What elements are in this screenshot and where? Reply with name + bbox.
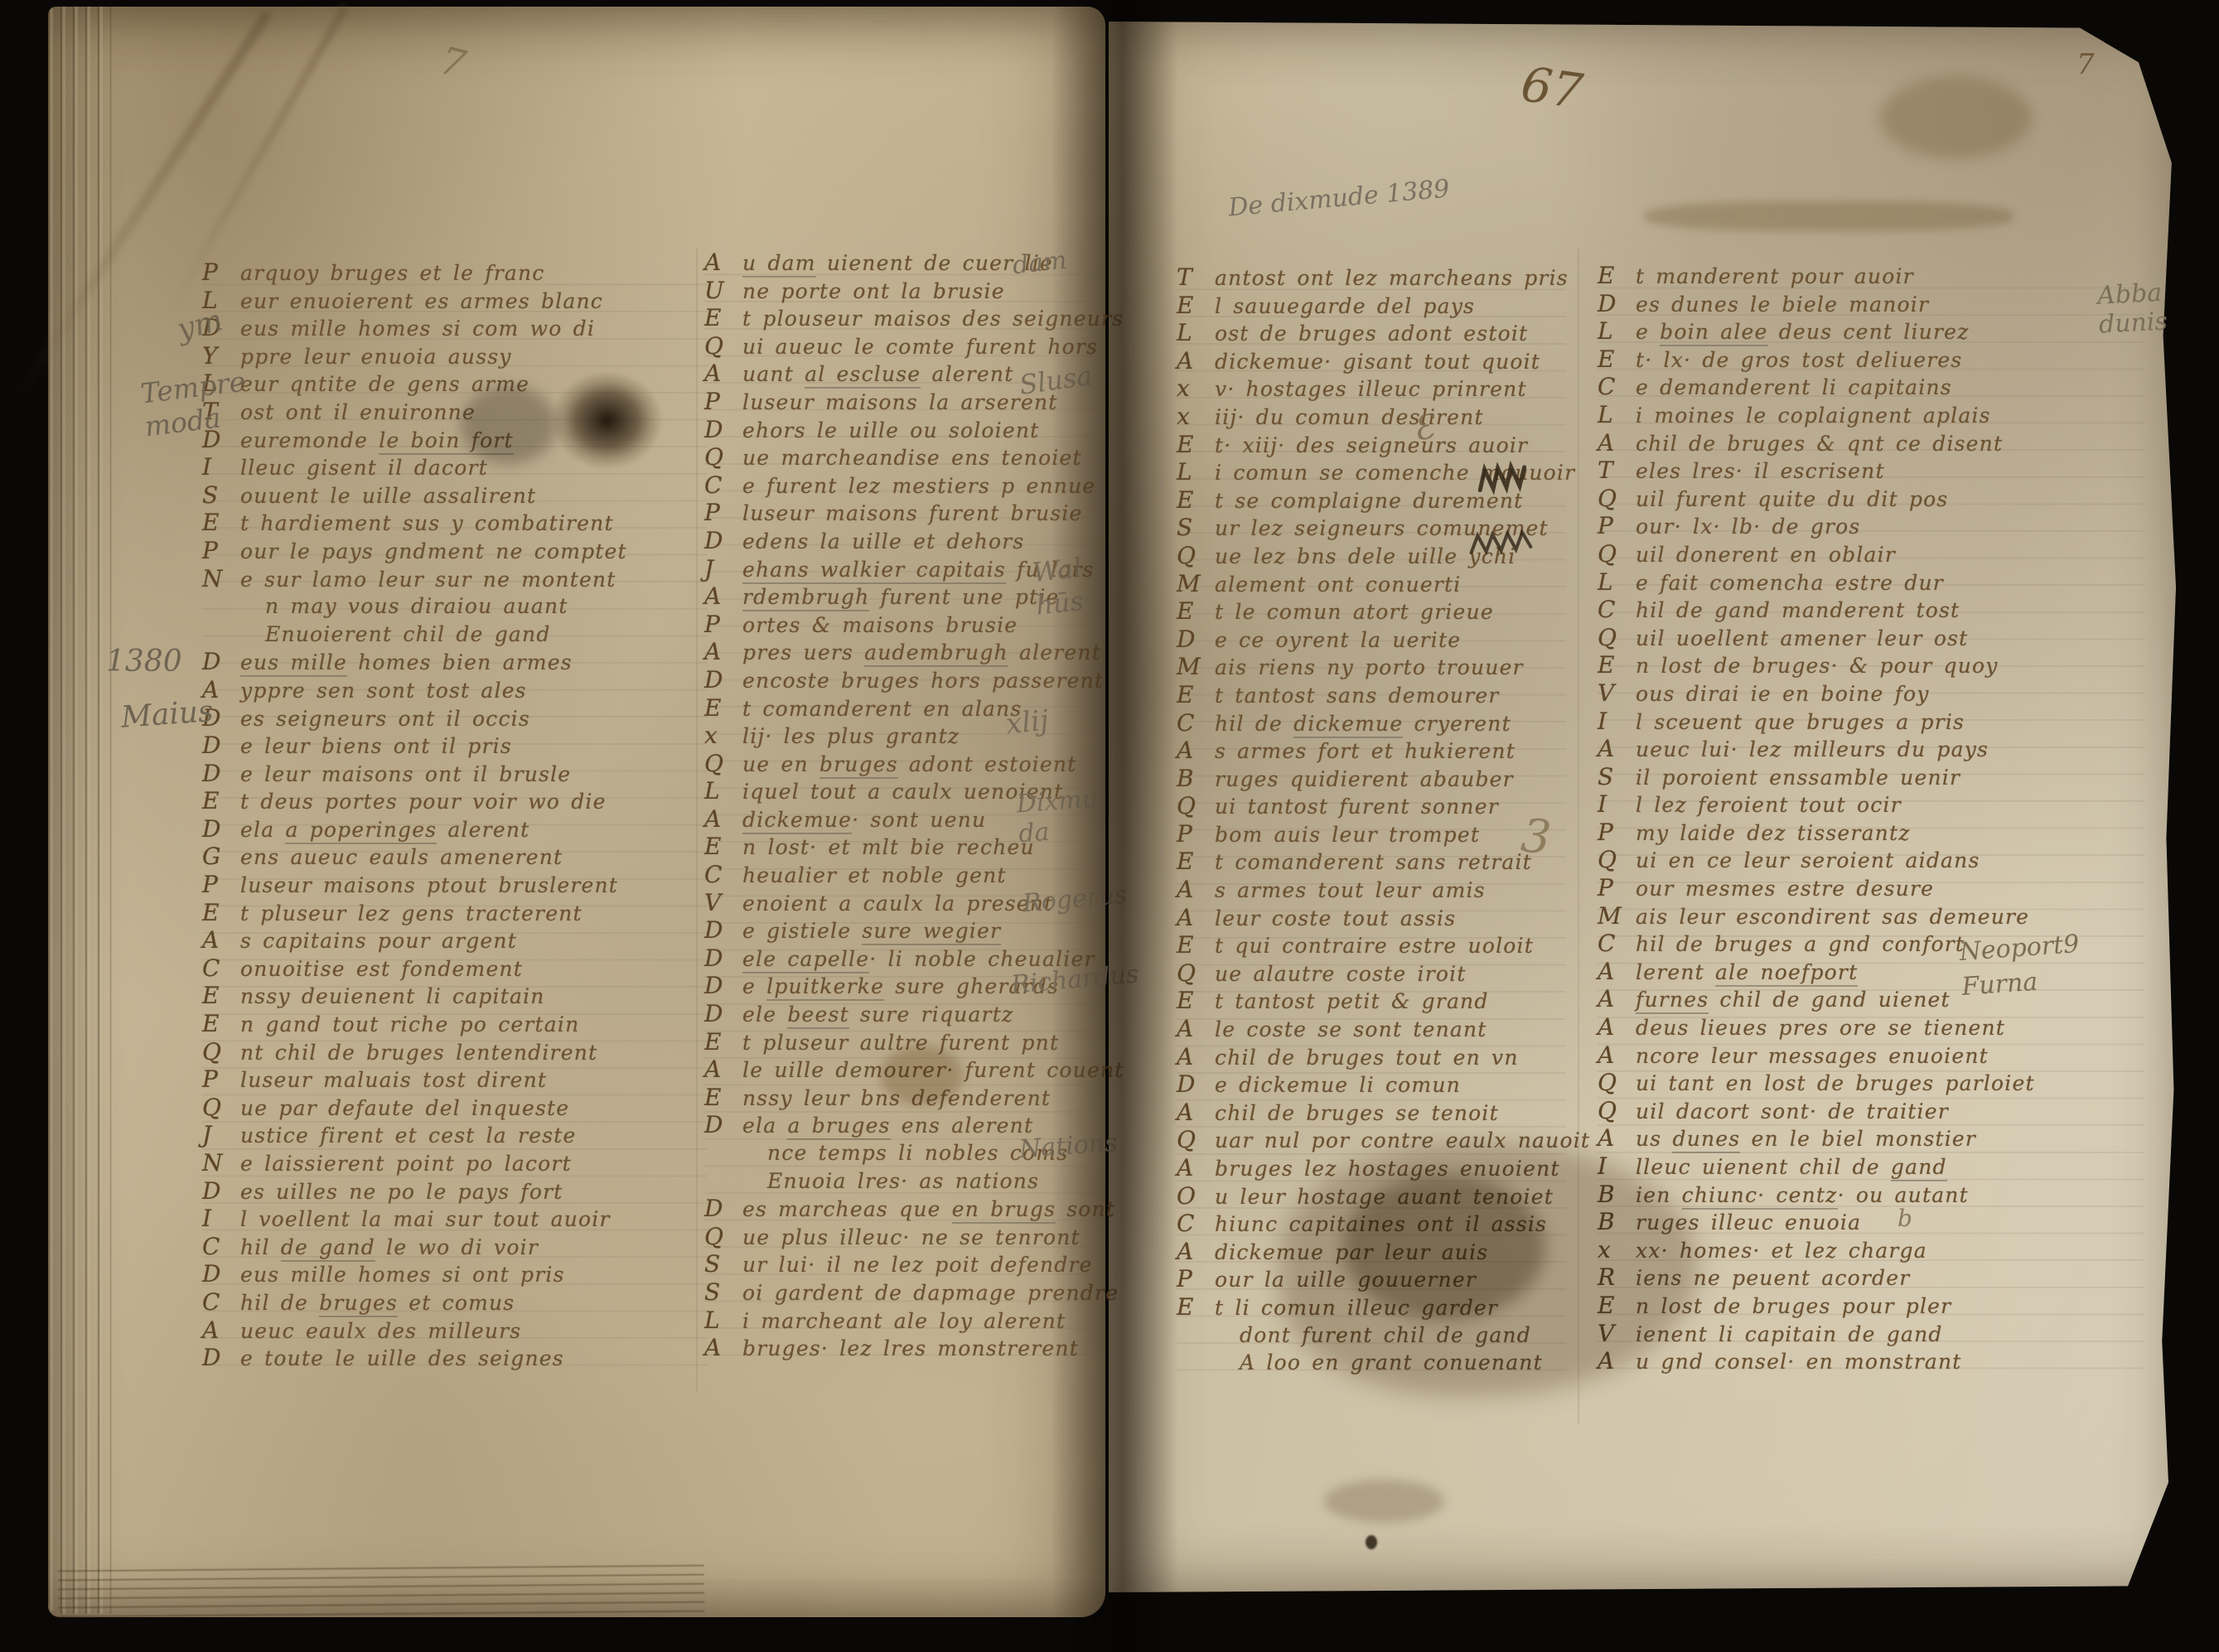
underlined-phrase: ele capelle <box>742 947 869 973</box>
verse-text: ue par defaute del inqueste <box>240 1096 569 1120</box>
verse-text: ueuc eaulx des milleurs <box>240 1319 521 1343</box>
verse-text: es dunes le biele manoir <box>1636 292 1929 316</box>
verse-text: n lost· et mlt bie recheu <box>742 835 1035 859</box>
verse-line: Adickemue par leur auis <box>1177 1238 1566 1266</box>
verse-line: Quil uoellent amener leur ost <box>1598 624 2144 652</box>
verse-line: Ale uille demourer· furent couent <box>704 1055 1094 1084</box>
verse-text: e dickemue li comun <box>1215 1073 1461 1097</box>
verse-text: es seigneurs ont il occis <box>240 707 530 731</box>
verse-text: n gand tout riche po certain <box>240 1012 579 1036</box>
verse-line: Mais riens ny porto trouuer <box>1177 653 1566 681</box>
initial-capital: A <box>1598 1041 1636 1070</box>
verse-text: chil de bruges se tenoit <box>1215 1101 1499 1125</box>
verse-text: l voellent la mai sur tout auoir <box>240 1207 611 1231</box>
initial-capital: M <box>1177 570 1215 598</box>
initial-capital: M <box>1177 653 1215 681</box>
initial-capital: L <box>1177 458 1215 486</box>
initial-capital: D <box>704 666 742 694</box>
initial-capital: T <box>1177 263 1215 292</box>
initial-capital: A <box>704 360 742 388</box>
verse-text: e gistiele sure wegier <box>742 919 1001 945</box>
verse-text: xx· homes· et lez charga <box>1636 1239 1927 1263</box>
verse-text: rdembrugh furent une ptie <box>742 585 1060 611</box>
verse-text: ue alautre coste iroit <box>1215 962 1467 986</box>
initial-capital: C <box>1177 1210 1215 1238</box>
initial-capital: A <box>1598 1013 1636 1041</box>
initial-capital: E <box>1177 987 1215 1015</box>
initial-capital: A <box>1177 876 1215 904</box>
page-edge-stack-bottom <box>58 1565 704 1619</box>
initial-capital: E <box>704 304 742 332</box>
verse-column-4: Et manderent pour auoirDes dunes le biel… <box>1598 262 2144 1377</box>
initial-capital: E <box>1598 651 1636 679</box>
underlined-phrase: bruges <box>819 752 898 779</box>
verse-text: our le pays gndment ne comptet <box>240 539 627 563</box>
underlined-phrase: beest <box>787 1002 848 1029</box>
margin-note-dam: dam <box>1011 246 1068 281</box>
verse-text: heualier et noble gent <box>742 863 1007 887</box>
initial-capital: A <box>1598 429 1636 457</box>
ink-scribble-icon <box>1467 524 1546 563</box>
initial-capital: M <box>1598 902 1636 930</box>
initial-capital: T <box>1598 456 1636 485</box>
verse-line: Des dunes le biele manoir <box>1598 290 2144 318</box>
verse-text: n lost de bruges pour pler <box>1636 1294 1951 1318</box>
verse-text: dickemue· sont uenu <box>742 808 986 834</box>
verse-text: hil de gand le wo di voir <box>240 1235 539 1262</box>
initial-capital: Q <box>1177 1126 1215 1154</box>
verse-line: n may vous diraiou auant <box>202 592 708 621</box>
verse-line: Et comanderent sans retrait <box>1177 848 1566 876</box>
initial-capital: D <box>1598 290 1636 318</box>
verse-line: Malement ont conuerti <box>1177 570 1566 598</box>
verse-text: uant al escluse alerent <box>742 362 1013 389</box>
verse-text: e laissierent point po lacort <box>240 1152 572 1176</box>
verse-line: Pluseur maluais tost dirent <box>202 1065 708 1094</box>
verse-line: Illeuc uienent chil de gand <box>1598 1152 2144 1181</box>
verse-line: Leur enuoierent es armes blanc <box>202 287 708 315</box>
verse-line: Illeuc gisent il dacort <box>202 453 708 481</box>
initial-capital: C <box>704 861 742 889</box>
page-number: 7 <box>2076 48 2095 81</box>
verse-text: ehors le uille ou soloient <box>742 418 1039 442</box>
verse-line: Tost ont il enuironne <box>202 398 708 426</box>
initial-capital: S <box>1177 514 1215 542</box>
underlined-phrase: lpuitkerke <box>766 974 884 1001</box>
initial-capital: D <box>202 1177 240 1205</box>
verse-line: Ce demanderent li capitains <box>1598 373 2144 401</box>
initial-capital: B <box>1598 1181 1636 1209</box>
margin-note-abba-dunis: Abba dunis <box>2096 275 2219 340</box>
verse-line: Bien chiunc· centz· ou autant <box>1598 1181 2144 1209</box>
verse-text: ost ont il enuironne <box>240 400 476 424</box>
verse-text: our· lx· lb· de gros <box>1636 514 1860 539</box>
verse-text: uar nul por contre eaulx nauoit <box>1215 1128 1590 1152</box>
verse-line: Pour mesmes estre desure <box>1598 874 2144 902</box>
underlined-phrase: dickemue <box>742 808 852 834</box>
verse-line: Aus dunes en le biel monstier <box>1598 1124 2144 1152</box>
verse-line: Enuoierent chil de gand <box>202 621 708 649</box>
verse-line: De toute le uille des seignes <box>202 1344 708 1372</box>
verse-line: De dickemue li comun <box>1177 1070 1566 1099</box>
verse-line: Leur qntite de gens arme <box>202 370 708 398</box>
initial-capital: A <box>1177 1238 1215 1266</box>
verse-line: Abruges lez hostages enuoient <box>1177 1154 1566 1182</box>
initial-capital: Q <box>202 1094 240 1122</box>
verse-text: t deus portes pour voir wo die <box>240 790 607 814</box>
initial-capital: Q <box>202 1038 240 1066</box>
verse-line: Quil dacort sont· de traitier <box>1598 1097 2144 1125</box>
verse-text: dickemue· gisant tout quoit <box>1215 350 1540 374</box>
verse-text: ela a poperinges alerent <box>240 818 529 844</box>
verse-text: uil uoellent amener leur ost <box>1636 626 1968 650</box>
initial-capital: P <box>202 258 240 287</box>
verse-text: e ce oyrent la uerite <box>1215 628 1461 652</box>
verse-line: Et tantost sans demourer <box>1177 681 1566 709</box>
initial-capital: A <box>1177 1154 1215 1182</box>
underlined-phrase: dickemue <box>1293 712 1403 738</box>
initial-capital: A <box>1177 1015 1215 1043</box>
verse-line: Sur lui· il ne lez poit defendre <box>704 1250 1094 1278</box>
verse-line: Ayppre sen sont tost ales <box>202 676 708 704</box>
verse-line: Il voellent la mai sur tout auoir <box>202 1205 708 1233</box>
initial-capital: I <box>202 1205 240 1233</box>
verse-text: ruges quidierent abauber <box>1215 767 1514 791</box>
verse-line: Qui tant en lost de bruges parloiet <box>1598 1069 2144 1097</box>
initial-capital: C <box>202 1233 240 1261</box>
verse-line: Deus mille homes si com wo di <box>202 314 708 342</box>
initial-capital: D <box>704 527 742 555</box>
initial-capital: L <box>704 777 742 805</box>
verse-text: nt chil de bruges lentendirent <box>240 1041 597 1065</box>
underlined-phrase: furnes <box>1636 988 1709 1014</box>
verse-text: yppre sen sont tost ales <box>240 679 527 703</box>
initial-capital: V <box>704 889 742 917</box>
initial-capital: D <box>202 1344 240 1372</box>
verse-line: Et tantost petit & grand <box>1177 987 1566 1015</box>
verse-line: Pluseur maisons furent brusie <box>704 499 1094 527</box>
verse-line: Pluseur maisons ptout bruslerent <box>202 871 708 899</box>
verse-line: Qnt chil de bruges lentendirent <box>202 1038 708 1066</box>
verse-text: luseur maluais tost dirent <box>240 1068 547 1092</box>
verse-line: Aueuc lui· lez milleurs du pays <box>1598 735 2144 763</box>
initial-capital: D <box>704 944 742 973</box>
verse-text: ais leur escondirent sas demeure <box>1636 905 2029 929</box>
initial-capital: S <box>202 481 240 510</box>
initial-capital: I <box>1598 790 1636 819</box>
initial-capital: Q <box>704 443 742 471</box>
initial-capital: C <box>1598 373 1636 401</box>
initial-capital: P <box>704 499 742 527</box>
initial-capital: A <box>1177 904 1215 932</box>
verse-line: Que plus illeuc· ne se tenront <box>704 1223 1094 1251</box>
verse-text: luseur maisons la arserent <box>742 390 1058 414</box>
verse-text: u gnd consel· en monstrant <box>1636 1350 1962 1374</box>
verse-text: pres uers audembrugh alerent <box>742 640 1101 667</box>
initial-capital: D <box>1177 626 1215 654</box>
verse-text: u leur hostage auant tenoiet <box>1215 1185 1554 1209</box>
verse-line: Pour le pays gndment ne comptet <box>202 537 708 565</box>
verse-line: Achil de bruges tout en vn <box>1177 1043 1566 1071</box>
verse-text: leur coste tout assis <box>1215 906 1456 930</box>
verse-text: es marcheas que en brugs sont <box>742 1197 1115 1224</box>
underlined-phrase: gand <box>1891 1155 1947 1181</box>
initial-capital: E <box>202 899 240 927</box>
verse-line: Cheualier et noble gent <box>704 861 1094 889</box>
verse-text: eur enuoierent es armes blanc <box>240 289 603 313</box>
initial-capital: A <box>704 1334 742 1362</box>
verse-text: u dam uienent de cuer lie <box>742 251 1053 278</box>
initial-capital: I <box>202 453 240 481</box>
verse-text: antost ont lez marcheans pris <box>1215 266 1569 290</box>
underlined-phrase: audembrugh <box>864 640 1008 667</box>
initial-capital: x <box>1177 403 1215 431</box>
verse-line: Lost de bruges adont estoit <box>1177 319 1566 347</box>
verse-line: Et manderent pour auoir <box>1598 262 2144 290</box>
verse-text: hil de gand manderent tost <box>1636 598 1960 622</box>
verse-text: v· hostages illeuc prinrent <box>1215 377 1527 401</box>
initial-capital: A <box>202 1316 240 1345</box>
initial-capital: P <box>1598 512 1636 540</box>
verse-text: furnes chil de gand uienet <box>1636 988 1951 1014</box>
initial-capital: Q <box>1598 624 1636 652</box>
verse-line: Apres uers audembrugh alerent <box>704 638 1094 666</box>
verse-line: Que par defaute del inqueste <box>202 1094 708 1122</box>
verse-line: Le fait comencha estre dur <box>1598 568 2144 597</box>
verse-text: A loo en grant conuenant <box>1240 1350 1543 1374</box>
initial-capital: S <box>704 1278 742 1307</box>
verse-line: Portes & maisons brusie <box>704 611 1094 639</box>
initial-capital: C <box>1598 930 1636 958</box>
initial-capital: D <box>704 916 742 944</box>
verse-line: Deuremonde le boin fort <box>202 426 708 454</box>
verse-text: chil de bruges tout en vn <box>1215 1046 1519 1070</box>
initial-capital: Q <box>1598 540 1636 568</box>
verse-line: Achil de bruges se tenoit <box>1177 1099 1566 1127</box>
initial-capital: Q <box>1598 1069 1636 1097</box>
verse-text: lleuc gisent il dacort <box>240 456 488 480</box>
verse-text: our mesmes estre desure <box>1636 877 1934 901</box>
verse-text: lij· les plus grantz <box>742 724 960 748</box>
verse-text: hil de bruges et comus <box>240 1291 515 1317</box>
verse-text: uil furent quite du dit pos <box>1636 487 1948 511</box>
verse-line: dont furent chil de gand <box>1177 1321 1566 1350</box>
verse-text: luseur maisons ptout bruslerent <box>240 873 618 897</box>
verse-text: ous dirai ie en boine foy <box>1636 682 1930 706</box>
initial-capital: D <box>202 648 240 676</box>
verse-text: e leur biens ont il pris <box>240 734 512 758</box>
verse-text: hil de bruges a gnd confort <box>1636 932 1965 956</box>
margin-note-dixmuda: Dixmu da <box>1016 785 1101 850</box>
initial-capital: D <box>202 760 240 788</box>
initial-capital: E <box>1177 431 1215 459</box>
verse-text: enoient a caulx la present <box>742 891 1053 915</box>
verse-text: ueuc lui· lez milleurs du pays <box>1636 737 1989 761</box>
initial-capital: A <box>1177 1099 1215 1127</box>
verse-text: s armes tout leur amis <box>1215 878 1486 902</box>
verse-text: chil de bruges & qnt ce disent <box>1636 432 2003 456</box>
verse-text: edens la uille et dehors <box>742 529 1024 553</box>
verse-line: Conuoitise est fondement <box>202 954 708 983</box>
underlined-phrase: de gand <box>281 1235 375 1262</box>
initial-capital: Q <box>704 750 742 778</box>
initial-capital: P <box>202 1065 240 1094</box>
initial-capital: J <box>202 1121 240 1149</box>
initial-capital: A <box>704 805 742 833</box>
verse-line: Dencoste bruges hors passerent <box>704 666 1094 694</box>
verse-text: bruges lez hostages enuoient <box>1215 1157 1560 1181</box>
verse-line: Dehors le uille ou soloient <box>704 416 1094 444</box>
verse-line: Abruges· lez lres monstrerent <box>704 1334 1094 1362</box>
verse-line: Vous dirai ie en boine foy <box>1598 679 2144 708</box>
pencil-rule-line <box>1578 249 1579 1425</box>
verse-line: xv· hostages illeuc prinrent <box>1177 374 1566 403</box>
initial-capital: P <box>1598 874 1636 902</box>
underlined-phrase: al escluse <box>805 362 921 389</box>
underlined-phrase: a poperinges <box>285 818 437 844</box>
underlined-phrase: le boin fort <box>379 428 514 455</box>
initial-capital: D <box>704 1111 742 1139</box>
verse-text: our la uille gouuerner <box>1215 1268 1477 1292</box>
verse-text: oi gardent de dapmage prendre <box>742 1281 1119 1305</box>
verse-text: alement ont conuerti <box>1215 572 1461 597</box>
verse-line: Ce furent lez mestiers p ennue <box>704 471 1094 500</box>
initial-capital: V <box>1598 679 1636 708</box>
verse-text: ele beest sure riquartz <box>742 1002 1013 1029</box>
initial-capital: L <box>1598 568 1636 597</box>
initial-capital: E <box>704 1028 742 1056</box>
initial-capital: E <box>202 1010 240 1038</box>
initial-capital: P <box>202 537 240 565</box>
verse-text: l sauuegarde del pays <box>1215 294 1475 318</box>
initial-capital: P <box>1598 819 1636 847</box>
verse-line: Li marcheant ale loy alerent <box>704 1307 1094 1335</box>
underlined-phrase: bruges <box>319 1291 398 1317</box>
verse-text: t hardiement sus y combatirent <box>240 511 614 535</box>
verse-text: ens aueuc eauls amenerent <box>240 845 563 869</box>
verse-line: Une porte ont la brusie <box>704 277 1094 305</box>
initial-capital: A <box>1598 1124 1636 1152</box>
initial-capital: E <box>704 833 742 861</box>
underlined-phrase: rdembrugh <box>742 585 869 611</box>
initial-capital: D <box>1177 1070 1215 1099</box>
verse-line: As armes fort et hukierent <box>1177 737 1566 765</box>
underlined-phrase: boin alee <box>1660 320 1767 346</box>
initial-capital: x <box>704 722 742 750</box>
verse-text: e demanderent li capitains <box>1636 375 1952 399</box>
initial-capital: G <box>202 843 240 871</box>
verse-text: deus lieues pres ore se tienent <box>1636 1016 2005 1040</box>
verse-line: Yppre leur enuoia aussy <box>202 342 708 370</box>
initial-capital: E <box>1598 345 1636 374</box>
verse-text: eus mille homes bien armes <box>240 650 573 677</box>
initial-capital: L <box>704 1307 742 1335</box>
verse-line: xxx· homes· et lez charga <box>1598 1236 2144 1264</box>
initial-capital: D <box>704 1000 742 1028</box>
initial-capital: E <box>1598 1292 1636 1320</box>
verse-text: ur lui· il ne lez poit defendre <box>742 1253 1093 1277</box>
verse-text: ortes & maisons brusie <box>742 613 1018 637</box>
verse-line: Quil donerent en oblair <box>1598 540 2144 568</box>
initial-capital: E <box>1177 848 1215 876</box>
verse-line: Quil furent quite du dit pos <box>1598 485 2144 513</box>
verse-text: us dunes en le biel monstier <box>1636 1127 1976 1153</box>
verse-line: As capitains pour argent <box>202 926 708 954</box>
verse-line: Sil poroient enssamble uenir <box>1598 763 2144 791</box>
initial-capital: P <box>1177 820 1215 848</box>
verse-line: Qui aueuc le comte furent hors <box>704 332 1094 360</box>
verse-line: De leur maisons ont il brusle <box>202 760 708 788</box>
initial-capital: E <box>704 1084 742 1112</box>
initial-capital: Q <box>1177 542 1215 570</box>
verse-text: t tantost sans demourer <box>1215 684 1500 708</box>
underlined-phrase: a bruges <box>787 1113 890 1140</box>
verse-text: ienent li capitain de gand <box>1636 1322 1943 1346</box>
verse-text: my laide dez tisserantz <box>1636 821 1911 845</box>
verse-text: t pluseur lez gens tracterent <box>240 901 583 925</box>
verse-line: Que en bruges adont estoient <box>704 750 1094 778</box>
verse-line: Aleur coste tout assis <box>1177 904 1566 932</box>
verse-text: e boin alee deus cent liurez <box>1636 320 1969 346</box>
initial-capital: V <box>1598 1320 1636 1348</box>
verse-text: e leur maisons ont il brusle <box>240 762 571 786</box>
verse-text: ui en ce leur seroient aidans <box>1636 848 1980 872</box>
initial-capital: Q <box>1598 485 1636 513</box>
verse-line: En gand tout riche po certain <box>202 1010 708 1038</box>
verse-text: le uille demourer· furent couent <box>742 1058 1124 1082</box>
verse-line: Dela a poperinges alerent <box>202 815 708 843</box>
verse-line: Quar nul por contre eaulx nauoit <box>1177 1126 1566 1154</box>
verse-text: dont furent chil de gand <box>1240 1323 1531 1347</box>
initial-capital: E <box>1177 1293 1215 1321</box>
verse-text: ustice firent et cest la reste <box>240 1123 576 1147</box>
initial-capital: A <box>1598 958 1636 986</box>
verse-text: uil dacort sont· de traitier <box>1636 1099 1949 1123</box>
verse-line: Li moines le coplaignent aplais <box>1598 401 2144 429</box>
initial-capital: N <box>202 565 240 593</box>
initial-capital: A <box>1598 1347 1636 1375</box>
margin-note-tempre-moda: Tempre moda <box>139 365 252 444</box>
verse-text: ue en bruges adont estoient <box>742 752 1076 779</box>
verse-line: Qui en ce leur seroient aidans <box>1598 846 2144 874</box>
initial-capital: E <box>1177 486 1215 514</box>
verse-text: onuoitise est fondement <box>240 957 523 981</box>
verse-line: Ancore leur messages enuoient <box>1598 1041 2144 1070</box>
margin-note-month: Maius <box>120 694 215 735</box>
verse-text: t comanderent sans retrait <box>1215 850 1532 874</box>
verse-text: t tantost petit & grand <box>1215 989 1489 1013</box>
verse-line: Justice firent et cest la reste <box>202 1121 708 1149</box>
verse-line: Que marcheandise ens tenoiet <box>704 443 1094 471</box>
verse-line: Souuent le uille assalirent <box>202 481 708 510</box>
verse-line: De gistiele sure wegier <box>704 916 1094 944</box>
initial-capital: E <box>202 509 240 537</box>
underlined-phrase: u dam <box>742 251 816 278</box>
underlined-phrase: eus mille <box>240 650 347 677</box>
initial-capital: E <box>1177 931 1215 959</box>
initial-capital: P <box>704 611 742 639</box>
margin-note-b: b <box>1898 1205 1912 1232</box>
verse-text: e fait comencha estre dur <box>1636 571 1944 595</box>
initial-capital: C <box>202 1288 240 1316</box>
verse-text: e sur lamo leur sur ne montent <box>240 568 616 592</box>
verse-line: As armes tout leur amis <box>1177 876 1566 904</box>
verse-text: ela a bruges ens alerent <box>742 1113 1033 1140</box>
initial-capital: U <box>704 277 742 305</box>
verse-text: ais riens ny porto trouuer <box>1215 655 1524 679</box>
verse-text: t manderent pour auoir <box>1636 264 1914 288</box>
margin-note-xlij: xlij <box>1004 703 1050 741</box>
